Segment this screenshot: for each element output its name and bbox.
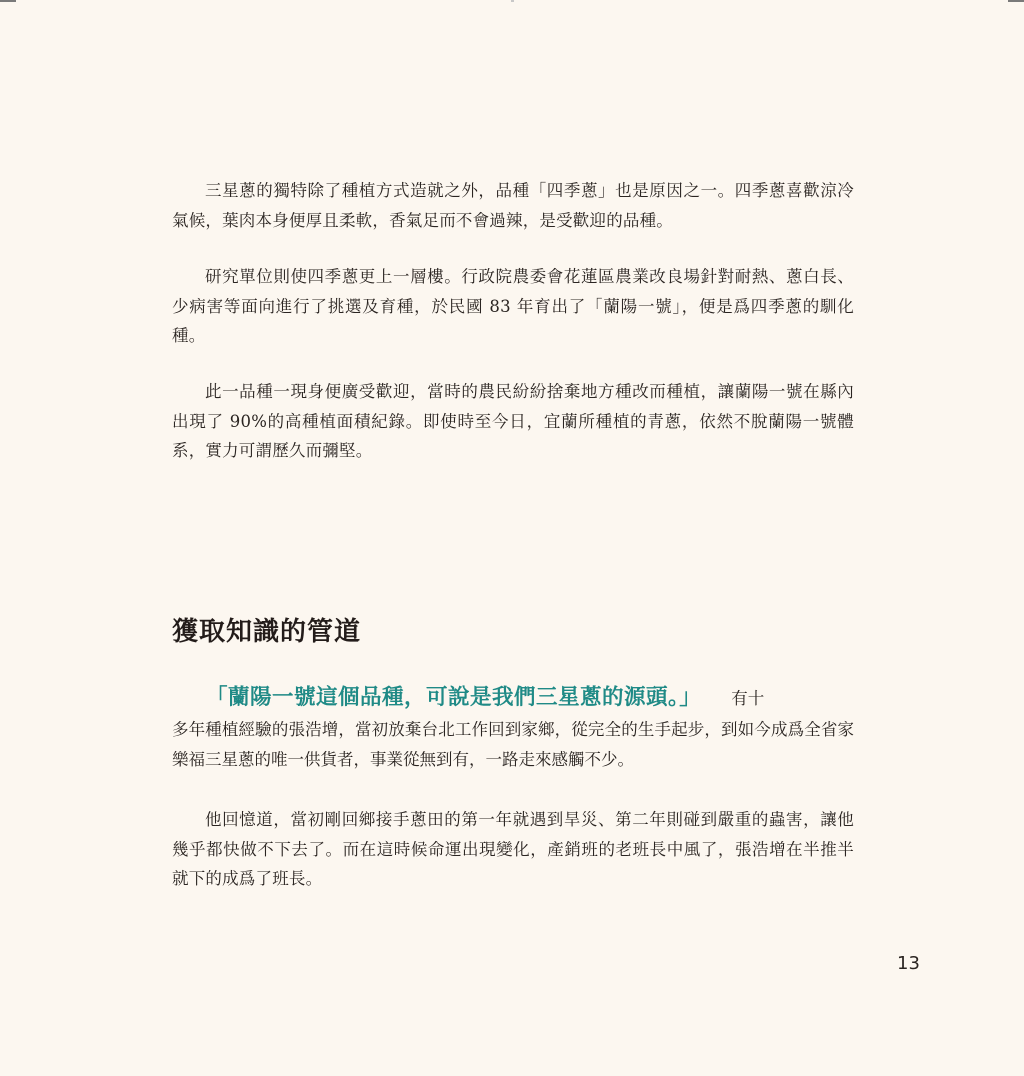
crop-mark-top-right — [1008, 0, 1024, 2]
pull-quote-line: 「蘭陽一號這個品種，可說是我們三星蔥的源頭。」有十 — [172, 681, 854, 715]
paragraph-four-season-scallion: 三星蔥的獨特除了種植方式造就之外，品種「四季蔥」也是原因之一。四季蔥喜歡涼冷氣候… — [172, 176, 854, 235]
page-number: 13 — [897, 953, 920, 974]
quote-tail-text: 有十 — [731, 682, 764, 716]
paragraph-pull-quote-intro: 「蘭陽一號這個品種，可說是我們三星蔥的源頭。」有十 多年種植經驗的張浩增，當初放… — [172, 681, 854, 774]
paragraph-lanyang-popularity: 此一品種一現身便廣受歡迎，當時的農民紛紛捨棄地方種改而種植，讓蘭陽一號在縣內出現… — [172, 377, 854, 466]
section-heading: 獲取知識的管道 — [172, 612, 361, 652]
paragraph-hardship-story: 他回憶道，當初剛回鄉接手蔥田的第一年就遇到旱災、第二年則碰到嚴重的蟲害，讓他幾乎… — [172, 805, 854, 894]
paragraph-farmer-background: 多年種植經驗的張浩增，當初放棄台北工作回到家鄉，從完全的生手起步，到如今成爲全省… — [172, 715, 854, 774]
crop-mark-top-center — [511, 0, 514, 2]
paragraph-lanyang-no1-breeding: 研究單位則使四季蔥更上一層樓。行政院農委會花蓮區農業改良場針對耐熱、蔥白長、少病… — [172, 262, 854, 351]
pull-quote: 「蘭陽一號這個品種，可說是我們三星蔥的源頭。」 — [206, 685, 701, 710]
crop-mark-top-left — [0, 0, 16, 2]
